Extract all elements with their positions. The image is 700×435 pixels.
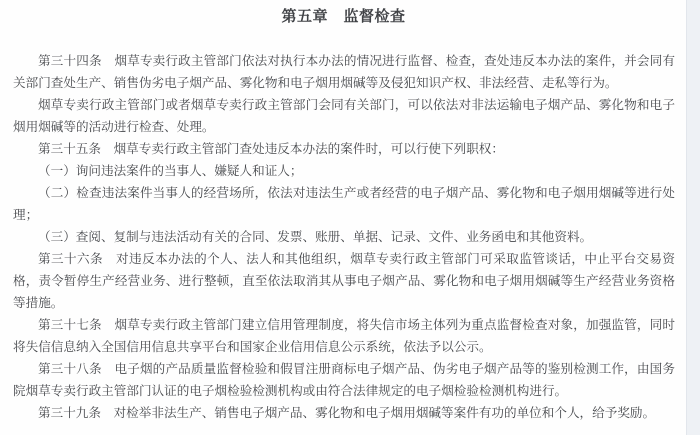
article-36-line-3: 等措施。	[13, 292, 675, 314]
page-right-edge	[686, 0, 700, 435]
article-35-item-2-line-1: （二）检查违法案件当事人的经营场所，依法对违法生产或者经营的电子烟产品、雾化物和…	[13, 182, 675, 204]
chapter-title: 第五章 监督检查	[0, 0, 687, 27]
article-35-item-3: （三）查阅、复制与违法活动有关的合同、发票、账册、单据、记录、文件、业务函电和其…	[13, 226, 675, 248]
article-39-line-1: 第三十九条 对检举非法生产、销售电子烟产品、雾化物和电子烟用烟碱等案件有功的单位…	[13, 402, 675, 424]
document-page: 第五章 监督检查 第三十四条 烟草专卖行政主管部门依法对执行本办法的情况进行监督…	[0, 0, 700, 435]
article-37-line-1: 第三十七条 烟草专卖行政主管部门建立信用管理制度，将失信市场主体列为重点监督检查…	[13, 314, 675, 336]
article-38-line-2: 院烟草专卖行政主管部门认证的电子烟检验检测机构或由符合法律规定的电子烟检验检测机…	[13, 380, 675, 402]
article-37-line-2: 将失信信息纳入全国信用信息共享平台和国家企业信用信息公示系统，依法予以公示。	[13, 336, 675, 358]
article-34-para2-line-2: 烟用烟碱等的活动进行检查、处理。	[13, 116, 675, 138]
article-34-line-2: 关部门查处生产、销售伪劣电子烟产品、雾化物和电子烟用烟碱等及侵犯知识产权、非法经…	[13, 72, 675, 94]
article-34-para2-line-1: 烟草专卖行政主管部门或者烟草专卖行政主管部门会同有关部门，可以依法对非法运输电子…	[13, 94, 675, 116]
article-35-item-2-line-2: 理；	[13, 204, 675, 226]
article-36-line-2: 格，责令暂停生产经营业务、进行整顿，直至依法取消其从事电子烟产品、雾化物和电子烟…	[13, 270, 675, 292]
article-34-line-1: 第三十四条 烟草专卖行政主管部门依法对执行本办法的情况进行监督、检查，查处违反本…	[13, 50, 675, 72]
article-38-line-1: 第三十八条 电子烟的产品质量监督检验和假冒注册商标电子烟产品、伪劣电子烟产品等的…	[13, 358, 675, 380]
article-35-item-1: （一）询问违法案件的当事人、嫌疑人和证人；	[13, 160, 675, 182]
article-35-line-1: 第三十五条 烟草专卖行政主管部门查处违反本办法的案件时，可以行使下列职权：	[13, 138, 675, 160]
document-body: 第三十四条 烟草专卖行政主管部门依法对执行本办法的情况进行监督、检查，查处违反本…	[0, 50, 675, 424]
article-36-line-1: 第三十六条 对违反本办法的个人、法人和其他组织，烟草专卖行政主管部门可采取监管谈…	[13, 248, 675, 270]
